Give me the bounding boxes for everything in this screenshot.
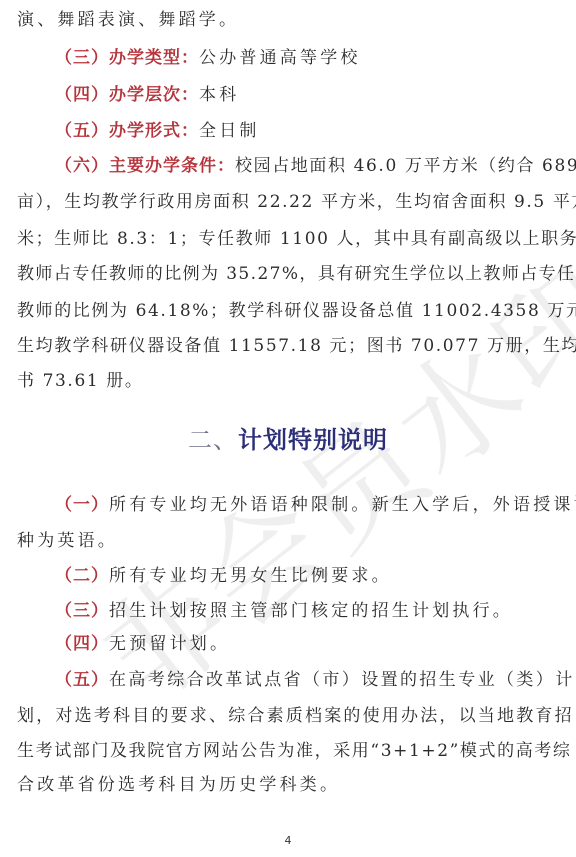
paragraph-line: 种为英语。	[17, 530, 559, 552]
item-school-form: （五）办学形式：全日制	[55, 120, 576, 142]
item-label: （四）办学层次：	[55, 85, 199, 105]
item-enrollment-plan: （三）招生计划按照主管部门核定的招生计划执行。	[55, 600, 576, 622]
item-language: （一）所有专业均无外语语种限制。新生入学后，外语授课语	[55, 494, 576, 516]
item-value: 校园占地面积 46.0 万平方米（约合 689	[235, 156, 576, 176]
item-label: （四）	[55, 634, 109, 654]
item-label: （五）	[55, 670, 109, 690]
item-label: （一）	[55, 495, 109, 515]
item-school-level: （四）办学层次：本科	[55, 84, 576, 106]
paragraph-line: 演、舞蹈表演、舞蹈学。	[17, 9, 559, 31]
paragraph-line: 生考试部门及我院官方网站公告为准，采用“3+1+2”模式的高考综	[17, 740, 559, 762]
item-main-conditions: （六）主要办学条件：校园占地面积 46.0 万平方米（约合 689	[55, 155, 576, 177]
item-gender-ratio: （二）所有专业均无男女生比例要求。	[55, 565, 576, 587]
section-title: 计划特别说明	[238, 426, 388, 454]
paragraph-line: 书 73.61 册。	[17, 370, 559, 392]
paragraph-line: 教师占专任教师的比例为 35.27%，具有研究生学位以上教师占专任	[17, 263, 559, 285]
paragraph-line: 米；生师比 8.3：1；专任教师 1100 人，其中具有副高级以上职务	[17, 228, 559, 250]
watermark: 非会员水印	[60, 218, 576, 735]
item-value: 公办普通高等学校	[199, 48, 361, 68]
paragraph-line: 教师的比例为 64.18%；教学科研仪器设备总值 11002.4358 万元，	[17, 300, 559, 322]
document-page: 非会员水印 演、舞蹈表演、舞蹈学。 （三）办学类型：公办普通高等学校 （四）办学…	[0, 0, 576, 857]
item-school-type: （三）办学类型：公办普通高等学校	[55, 47, 576, 69]
item-value: 在高考综合改革试点省（市）设置的招生专业（类）计	[109, 670, 575, 690]
item-value: 所有专业均无男女生比例要求。	[109, 566, 392, 586]
item-reserved-plan: （四）无预留计划。	[55, 633, 576, 655]
item-value: 全日制	[199, 121, 260, 141]
item-value: 所有专业均无外语语种限制。新生入学后，外语授课语	[109, 495, 576, 515]
paragraph-line: 合改革省份选考科目为历史学科类。	[17, 774, 559, 796]
paragraph-line: 亩），生均教学行政用房面积 22.22 平方米，生均宿舍面积 9.5 平方	[17, 191, 559, 213]
item-reform-provinces: （五）在高考综合改革试点省（市）设置的招生专业（类）计	[55, 669, 576, 691]
paragraph-line: 生均教学科研仪器设备值 11557.18 元；图书 70.077 万册，生均图	[17, 335, 559, 357]
section-number: 二、	[188, 426, 238, 454]
paragraph-line: 划，对选考科目的要求、综合素质档案的使用办法，以当地教育招	[17, 705, 559, 727]
item-value: 无预留计划。	[109, 634, 230, 654]
page-number: 4	[0, 834, 576, 847]
item-label: （二）	[55, 566, 109, 586]
item-label: （六）主要办学条件：	[55, 156, 235, 176]
section-heading: 二、计划特别说明	[0, 424, 576, 456]
item-label: （三）	[55, 601, 109, 621]
body-text: 演、舞蹈表演、舞蹈学。	[17, 10, 239, 30]
item-value: 招生计划按照主管部门核定的招生计划执行。	[109, 601, 513, 621]
item-label: （五）办学形式：	[55, 121, 199, 141]
item-value: 本科	[199, 85, 239, 105]
item-label: （三）办学类型：	[55, 48, 199, 68]
